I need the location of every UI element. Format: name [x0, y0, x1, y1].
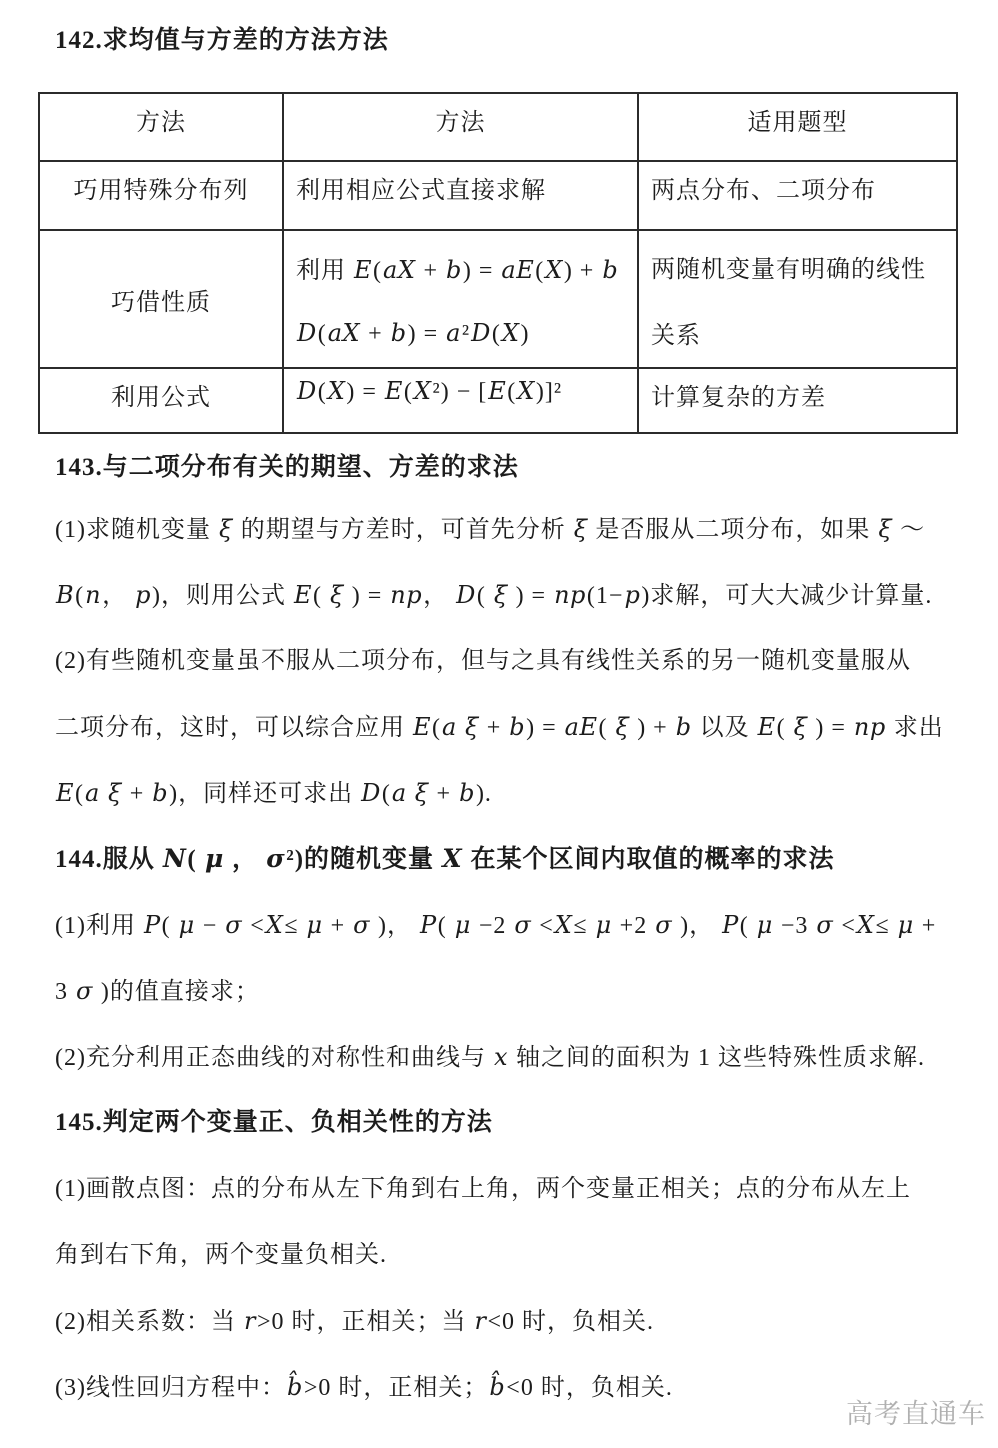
cell-applicable: 两点分布、二项分布 — [638, 161, 957, 230]
cell-text-line: 两随机变量有明确的线性 — [651, 239, 946, 301]
paragraph-line: (1)求随机变量 ξ 的期望与方差时，可首先分析 ξ 是否服从二项分布，如果 ξ… — [55, 496, 998, 562]
paragraph-line: B(n， p)，则用公式 E( ξ ) = np， D( ξ ) = np(1−… — [55, 562, 998, 628]
paragraph-line: 角到右下角，两个变量负相关. — [55, 1222, 998, 1288]
paragraph-line: 3 σ )的值直接求； — [55, 958, 998, 1024]
table-header-method2: 方法 — [283, 93, 638, 161]
document-page: 142.求均值与方差的方法方法 方法 方法 适用题型 巧用特殊分布列 利用相应公… — [0, 0, 998, 1448]
section-heading-142: 142.求均值与方差的方法方法 — [55, 20, 998, 56]
table-row: 巧用特殊分布列 利用相应公式直接求解 两点分布、二项分布 — [39, 161, 957, 230]
cell-method-desc: 利用相应公式直接求解 — [283, 161, 638, 230]
cell-method-name: 巧用特殊分布列 — [39, 161, 283, 230]
section-heading-145: 145.判定两个变量正、负相关性的方法 — [55, 1090, 998, 1156]
table-header-method1: 方法 — [39, 93, 283, 161]
table-header-row: 方法 方法 适用题型 — [39, 93, 957, 161]
formula-line: 利用 E(aX + b) = aE(X) + b — [296, 239, 627, 302]
cell-method-name: 利用公式 — [39, 368, 283, 433]
watermark-gaokao-express: 高考直通车 — [846, 1392, 986, 1431]
paragraph-line: (1)利用 P( μ − σ <X≤ μ + σ )， P( μ −2 σ <X… — [55, 892, 998, 958]
section-heading-144: 144.服从 N( μ ， σ²)的随机变量 X 在某个区间内取值的概率的求法 — [55, 826, 998, 892]
cell-applicable: 两随机变量有明确的线性 关系 — [638, 230, 957, 368]
paragraph-line: (2)有些随机变量虽不服从二项分布，但与之具有线性关系的另一随机变量服从 — [55, 628, 998, 694]
paragraph-line: (2)相关系数：当 r>0 时，正相关；当 r<0 时，负相关. — [55, 1288, 998, 1354]
section-heading-143: 143.与二项分布有关的期望、方差的求法 — [55, 444, 998, 496]
paragraph-line: (1)画散点图：点的分布从左下角到右上角，两个变量正相关；点的分布从左上 — [55, 1156, 998, 1222]
table-row: 巧借性质 利用 E(aX + b) = aE(X) + b D(aX + b) … — [39, 230, 957, 368]
paragraph-line: 二项分布，这时，可以综合应用 E(a ξ + b) = aE( ξ ) + b … — [55, 694, 998, 760]
formula-line: D(aX + b) = a²D(X) — [296, 302, 627, 365]
table-row: 利用公式 D(X) = E(X²) − [E(X)]² 计算复杂的方差 — [39, 368, 957, 433]
paragraph-line: E(a ξ + b)，同样还可求出 D(a ξ + b). — [55, 760, 998, 826]
cell-method-name: 巧借性质 — [39, 230, 283, 368]
cell-method-desc: D(X) = E(X²) − [E(X)]² — [283, 368, 638, 433]
cell-applicable: 计算复杂的方差 — [638, 368, 957, 433]
table-header-applicable-type: 适用题型 — [638, 93, 957, 161]
cell-method-desc: 利用 E(aX + b) = aE(X) + b D(aX + b) = a²D… — [283, 230, 638, 368]
cell-text-line: 关系 — [651, 305, 946, 367]
paragraph-line: (2)充分利用正态曲线的对称性和曲线与 x 轴之间的面积为 1 这些特殊性质求解… — [55, 1024, 998, 1090]
methods-table: 方法 方法 适用题型 巧用特殊分布列 利用相应公式直接求解 两点分布、二项分布 … — [38, 92, 958, 434]
